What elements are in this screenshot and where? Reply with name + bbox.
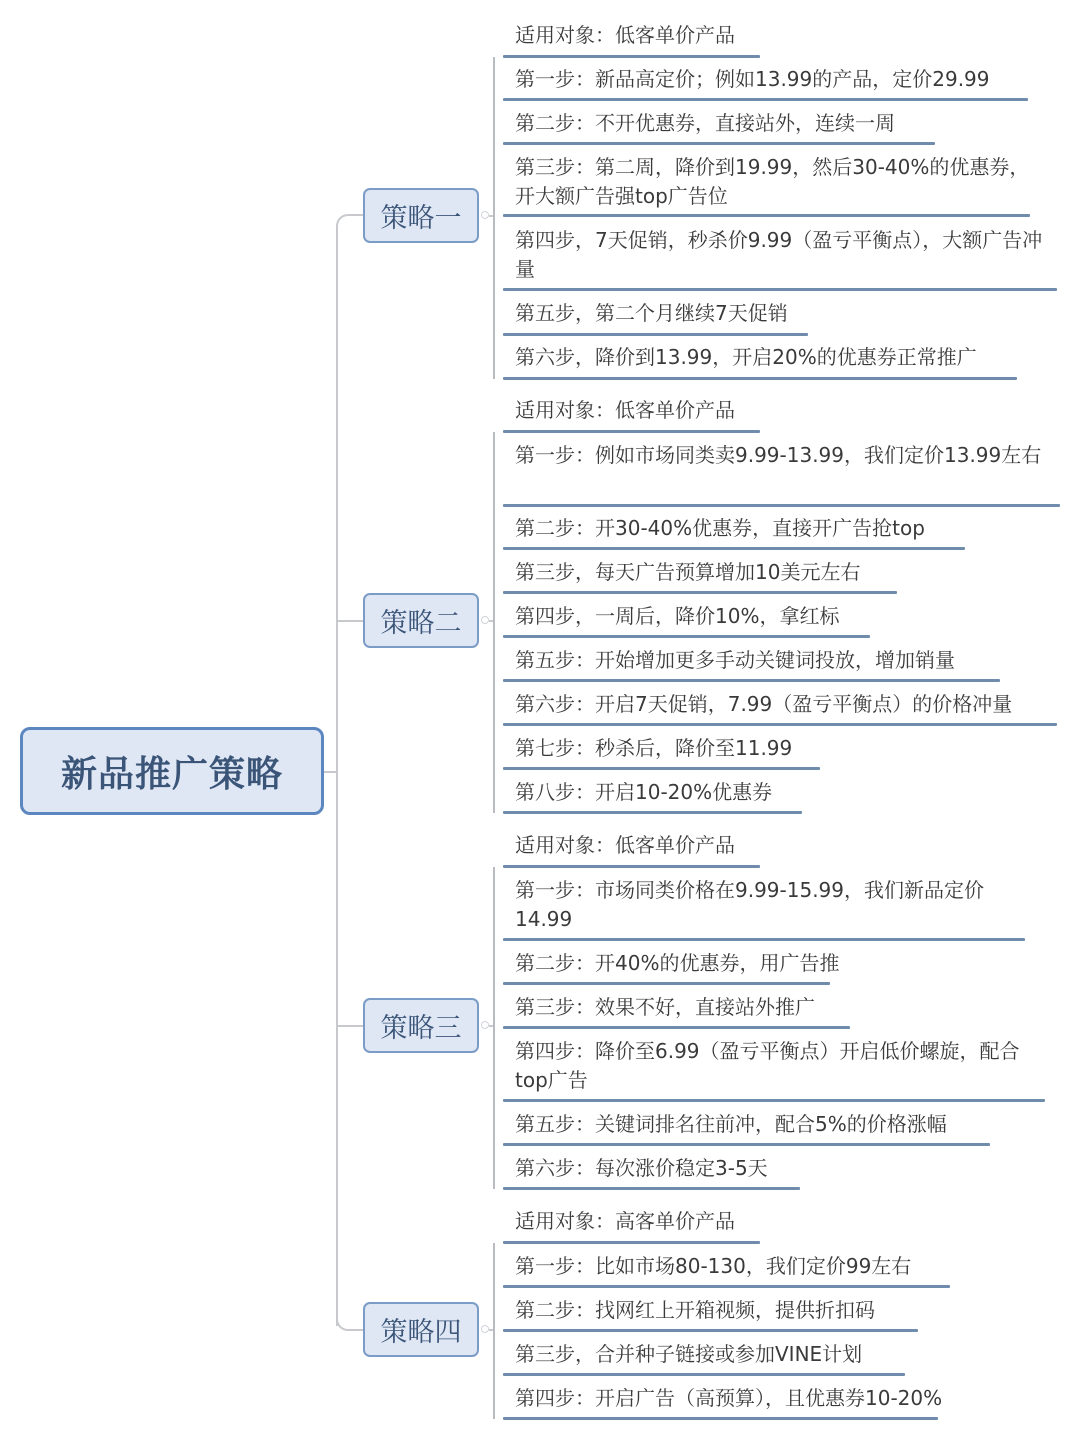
list-item[interactable]: 适用对象：低客单价产品 <box>515 396 1055 425</box>
list-item[interactable]: 第四步，7天促销，秒杀价9.99（盈亏平衡点），大额广告冲量 <box>515 226 1050 284</box>
item-underline <box>503 55 760 58</box>
item-underline <box>503 591 897 594</box>
item-underline <box>503 635 870 638</box>
list-item[interactable]: 第六步：开启7天促销，7.99（盈亏平衡点）的价格冲量 <box>515 690 1055 719</box>
list-item[interactable]: 适用对象：低客单价产品 <box>515 21 1055 50</box>
item-underline <box>503 811 802 814</box>
list-item[interactable]: 第三步：第二周，降价到19.99，然后30-40%的优惠券，开大额广告强top广… <box>515 153 1030 211</box>
branch-label: 策略二 <box>381 601 462 640</box>
list-item[interactable]: 第五步，第二个月继续7天促销 <box>515 299 1055 328</box>
item-underline <box>503 1241 760 1244</box>
branch-node-strategy-4[interactable]: 策略四 <box>363 1302 479 1357</box>
root-node[interactable]: 新品推广策略 <box>20 727 324 815</box>
item-underline <box>503 142 935 145</box>
bracket-line <box>493 57 495 379</box>
bracket-line <box>493 1243 495 1419</box>
list-item[interactable]: 第三步，每天广告预算增加10美元左右 <box>515 558 1055 587</box>
trunk-curve-top <box>336 214 364 234</box>
list-item[interactable]: 第四步：降价至6.99（盈亏平衡点）开启低价螺旋，配合top广告 <box>515 1037 1040 1095</box>
branch-connector-2 <box>336 620 364 622</box>
collapse-toggle-icon[interactable] <box>481 211 489 219</box>
item-underline <box>503 504 1060 507</box>
list-item[interactable]: 第一步：新品高定价；例如13.99的产品，定价29.99 <box>515 65 1055 94</box>
collapse-toggle-icon[interactable] <box>481 1021 489 1029</box>
item-underline <box>503 1026 850 1029</box>
list-item[interactable]: 第三步，合并种子链接或参加VINE计划 <box>515 1340 1055 1369</box>
list-item[interactable]: 第四步，一周后，降价10%，拿红标 <box>515 602 1055 631</box>
root-node-label: 新品推广策略 <box>61 746 283 797</box>
branch-node-strategy-3[interactable]: 策略三 <box>363 998 479 1053</box>
branch-node-strategy-1[interactable]: 策略一 <box>363 188 479 243</box>
trunk-curve-bottom <box>336 1311 364 1331</box>
list-item[interactable]: 第二步：找网红上开箱视频，提供折扣码 <box>515 1296 1055 1325</box>
item-underline <box>503 288 1057 291</box>
item-underline <box>503 1373 905 1376</box>
list-item[interactable]: 第二步：开30-40%优惠券，直接开广告抢top <box>515 514 1055 543</box>
item-underline <box>503 1143 990 1146</box>
list-item[interactable]: 第四步：开启广告（高预算），且优惠券10-20% <box>515 1384 1055 1413</box>
root-connector <box>324 771 336 773</box>
item-underline <box>503 938 1025 941</box>
item-underline <box>503 214 1030 217</box>
item-underline <box>503 982 830 985</box>
item-underline <box>503 767 820 770</box>
list-item[interactable]: 第七步：秒杀后，降价至11.99 <box>515 734 1055 763</box>
item-underline <box>503 1417 938 1420</box>
branch-label: 策略一 <box>381 196 462 235</box>
item-underline <box>503 547 965 550</box>
item-underline <box>503 1285 950 1288</box>
item-underline <box>503 1187 800 1190</box>
item-underline <box>503 333 808 336</box>
item-underline <box>503 679 1000 682</box>
bracket-line <box>493 432 495 813</box>
item-underline <box>503 98 1028 101</box>
list-item[interactable]: 适用对象：低客单价产品 <box>515 831 1055 860</box>
bracket-line <box>493 867 495 1189</box>
list-item[interactable]: 第二步：开40%的优惠券，用广告推 <box>515 949 1055 978</box>
list-item[interactable]: 第一步：比如市场80-130，我们定价99左右 <box>515 1252 1055 1281</box>
list-item[interactable]: 第二步：不开优惠券，直接站外，连续一周 <box>515 109 1055 138</box>
collapse-toggle-icon[interactable] <box>481 616 489 624</box>
list-item[interactable]: 第一步：市场同类价格在9.99-15.99，我们新品定价14.99 <box>515 876 1025 934</box>
list-item[interactable]: 第三步：效果不好，直接站外推广 <box>515 993 1055 1022</box>
list-item[interactable]: 第六步：每次涨价稳定3-5天 <box>515 1154 1055 1183</box>
collapse-toggle-icon[interactable] <box>481 1325 489 1333</box>
branch-connector-3 <box>336 1025 364 1027</box>
item-underline <box>503 430 760 433</box>
item-underline <box>503 723 1057 726</box>
list-item[interactable]: 第五步：开始增加更多手动关键词投放，增加销量 <box>515 646 1055 675</box>
item-underline <box>503 377 1017 380</box>
trunk-line <box>336 226 338 1326</box>
item-underline <box>503 865 760 868</box>
list-item[interactable]: 第六步，降价到13.99，开启20%的优惠券正常推广 <box>515 343 1055 372</box>
list-item[interactable]: 第五步：关键词排名往前冲，配合5%的价格涨幅 <box>515 1110 1055 1139</box>
list-item[interactable]: 第一步：例如市场同类卖9.99-13.99，我们定价13.99左右 <box>515 441 1055 470</box>
branch-node-strategy-2[interactable]: 策略二 <box>363 593 479 648</box>
item-underline <box>503 1099 1045 1102</box>
list-item[interactable]: 适用对象：高客单价产品 <box>515 1207 1055 1236</box>
list-item[interactable]: 第八步：开启10-20%优惠券 <box>515 778 1055 807</box>
item-underline <box>503 1329 918 1332</box>
branch-label: 策略四 <box>381 1310 462 1349</box>
branch-label: 策略三 <box>381 1006 462 1045</box>
